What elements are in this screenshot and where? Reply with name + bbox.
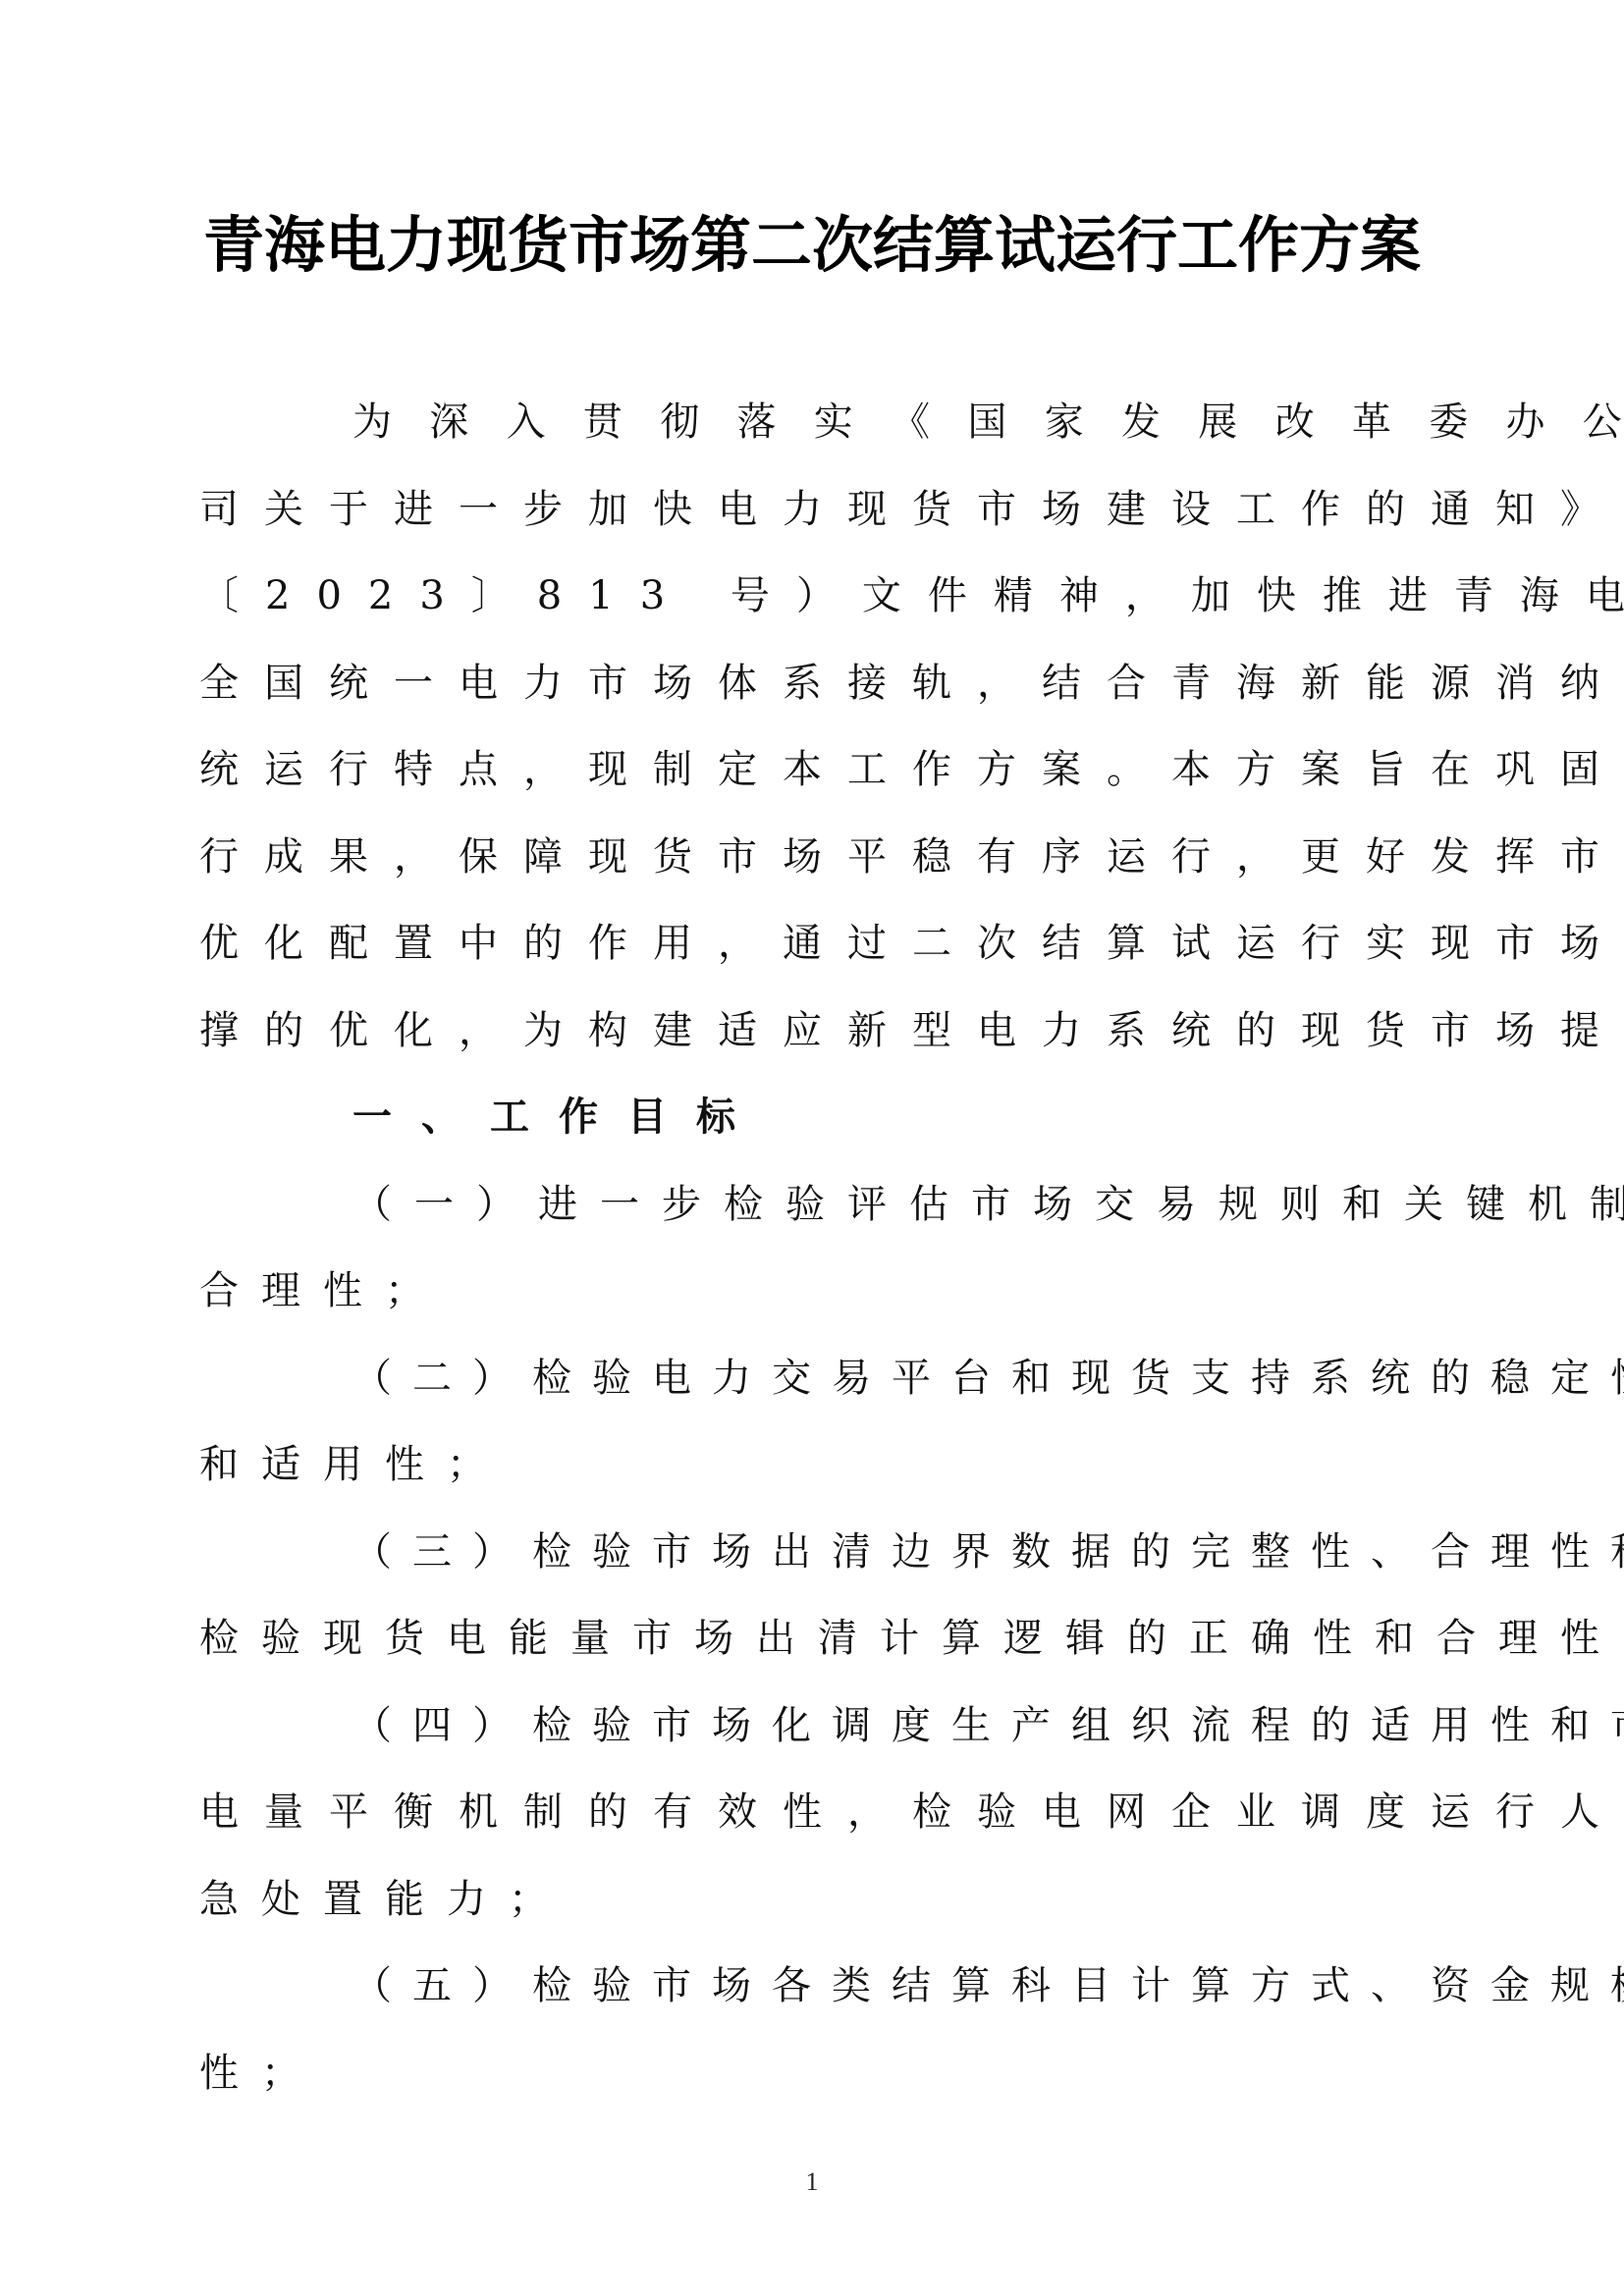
intro-line: 〔2023〕813 号）文件精神，加快推进青海电力现货市场建设与	[199, 553, 1438, 640]
document-title: 青海电力现货市场第二次结算试运行工作方案	[0, 201, 1624, 290]
goal-line: 检验现货电能量市场出清计算逻辑的正确性和合理性；	[199, 1595, 1438, 1682]
goal-item-4: （四）检验市场化调度生产组织流程的适用性和市场化电力 电量平衡机制的有效性，检验…	[199, 1682, 1438, 1944]
goal-line: （四）检验市场化调度生产组织流程的适用性和市场化电力	[199, 1682, 1438, 1770]
section-work-goals: 一、工作目标 （一）进一步检验评估市场交易规则和关键机制的有效性、 合理性； （…	[199, 1074, 1438, 2116]
section-heading: 一、工作目标	[199, 1074, 1438, 1161]
intro-line: 撑的优化，为构建适应新型电力系统的现货市场提供实践路径。	[199, 988, 1438, 1075]
intro-line: 行成果，保障现货市场平稳有序运行，更好发挥市场在电力资源	[199, 814, 1438, 901]
document-body: 为深入贯彻落实《国家发展改革委办公厅 国家能源局综合 司关于进一步加快电力现货市…	[199, 379, 1438, 2116]
intro-line: 优化配置中的作用，通过二次结算试运行实现市场规则与技术支	[199, 900, 1438, 988]
document-page: 青海电力现货市场第二次结算试运行工作方案 为深入贯彻落实《国家发展改革委办公厅 …	[0, 0, 1624, 2296]
goal-item-1: （一）进一步检验评估市场交易规则和关键机制的有效性、 合理性；	[199, 1161, 1438, 1335]
goal-line: 和适用性；	[199, 1421, 1438, 1509]
intro-line: 统运行特点，现制定本工作方案。本方案旨在巩固前期结算试运	[199, 726, 1438, 814]
goal-line: 电量平衡机制的有效性，检验电网企业调度运行人员的市场化应	[199, 1769, 1438, 1856]
intro-line: 司关于进一步加快电力现货市场建设工作的通知》（发改办体改	[199, 466, 1438, 554]
intro-line: 全国统一电力市场体系接轨，结合青海新能源消纳需求与电力系	[199, 640, 1438, 727]
goal-item-5: （五）检验市场各类结算科目计算方式、资金规模的的合理 性；	[199, 1943, 1438, 2116]
goal-line: （五）检验市场各类结算科目计算方式、资金规模的的合理	[199, 1943, 1438, 2030]
goal-line: （三）检验市场出清边界数据的完整性、合理性和时效性，	[199, 1509, 1438, 1596]
page-number: 1	[0, 2167, 1624, 2197]
goal-line: （一）进一步检验评估市场交易规则和关键机制的有效性、	[199, 1161, 1438, 1249]
intro-line: 为深入贯彻落实《国家发展改革委办公厅 国家能源局综合	[199, 379, 1438, 466]
goal-line: 急处置能力；	[199, 1856, 1438, 1944]
goal-item-2: （二）检验电力交易平台和现货支持系统的稳定性、可靠性 和适用性；	[199, 1335, 1438, 1509]
intro-paragraph: 为深入贯彻落实《国家发展改革委办公厅 国家能源局综合 司关于进一步加快电力现货市…	[199, 379, 1438, 1074]
goal-item-3: （三）检验市场出清边界数据的完整性、合理性和时效性， 检验现货电能量市场出清计算…	[199, 1509, 1438, 1682]
goal-line: 合理性；	[199, 1248, 1438, 1335]
goal-line: 性；	[199, 2030, 1438, 2117]
goal-line: （二）检验电力交易平台和现货支持系统的稳定性、可靠性	[199, 1335, 1438, 1422]
